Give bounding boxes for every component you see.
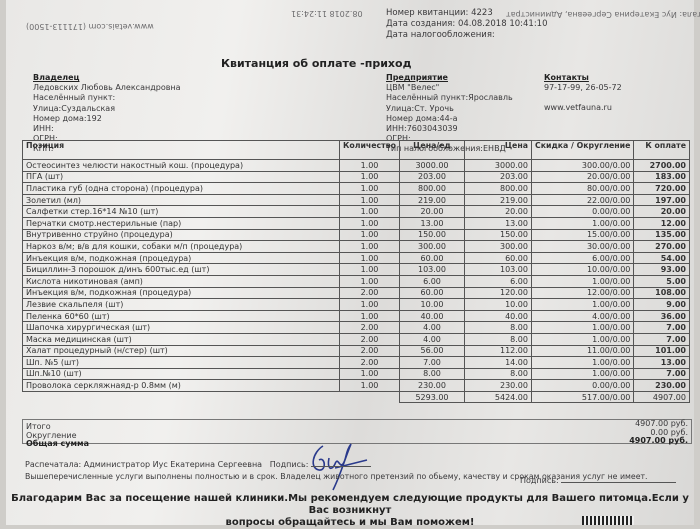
- item-name: Золетил (мл): [23, 194, 340, 206]
- item-to-pay: 230.00: [634, 380, 690, 392]
- table-row: Внутривенно струйно (процедура)1.00150.0…: [23, 229, 690, 241]
- item-price: 230.00: [464, 380, 531, 392]
- item-quantity: 1.00: [340, 206, 400, 218]
- item-name: Пластика губ (одна сторона) (процедура): [23, 183, 340, 195]
- table-row: Кислота никотиновая (амп)1.006.006.001.0…: [23, 275, 690, 287]
- owner-line: Населённый пункт:: [33, 93, 181, 103]
- item-to-pay: 7.00: [634, 333, 690, 345]
- item-discount: 11.00/0.00: [531, 345, 633, 357]
- owner-line: Улица:Суздальская: [33, 104, 181, 114]
- item-quantity: 1.00: [340, 194, 400, 206]
- item-discount: 1.00/0.00: [531, 217, 633, 229]
- item-unit-price: 13.00: [399, 217, 464, 229]
- item-unit-price: 150.00: [399, 229, 464, 241]
- table-row: Лезвие скальпеля (шт)1.0010.0010.001.00/…: [23, 299, 690, 311]
- item-discount: 30.00/0.00: [531, 241, 633, 253]
- item-discount: 6.00/0.00: [531, 252, 633, 264]
- item-to-pay: 13.00: [634, 357, 690, 369]
- item-price: 14.00: [464, 357, 531, 369]
- table-row: Инъекция в/м, подкожная (процедура)1.006…: [23, 252, 690, 264]
- table-row: Проволока серкляжнаяд-р 0.8мм (м)1.00230…: [23, 380, 690, 392]
- grand-total-label: Общая сумма: [26, 440, 89, 449]
- item-quantity: 1.00: [340, 299, 400, 311]
- col-quantity: Количество: [340, 141, 400, 160]
- item-discount: 300.00/0.00: [531, 160, 633, 172]
- item-price: 203.00: [464, 171, 531, 183]
- item-quantity: 2.00: [340, 333, 400, 345]
- item-discount: 1.00/0.00: [531, 322, 633, 334]
- item-price: 13.00: [464, 217, 531, 229]
- item-price: 219.00: [464, 194, 531, 206]
- item-to-pay: 93.00: [634, 264, 690, 276]
- item-discount: 1.00/0.00: [531, 299, 633, 311]
- table-row: Инъекция в/м, подкожная (процедура)2.006…: [23, 287, 690, 299]
- item-name: Лезвие скальпеля (шт): [23, 299, 340, 311]
- item-unit-price: 800.00: [399, 183, 464, 195]
- table-row: Перчатки смотр.нестерильные (пар)1.0013.…: [23, 217, 690, 229]
- item-unit-price: 103.00: [399, 264, 464, 276]
- table-row: Шп. №5 (шт)2.007.0014.001.00/0.0013.00: [23, 357, 690, 369]
- item-quantity: 2.00: [340, 322, 400, 334]
- item-discount: 1.00/0.00: [531, 333, 633, 345]
- table-row: Золетил (мл)1.00219.00219.0022.00/0.0019…: [23, 194, 690, 206]
- item-unit-price: 203.00: [399, 171, 464, 183]
- owner-line: ИНН:: [33, 124, 181, 134]
- company-line: Улица:Ст. Урочь: [386, 104, 513, 114]
- item-price: 150.00: [464, 229, 531, 241]
- printed-by: Распечатала: Администратор Иус Екатерина…: [25, 460, 371, 469]
- item-quantity: 1.00: [340, 368, 400, 380]
- item-name: Инъекция в/м, подкожная (процедура): [23, 252, 340, 264]
- total-to-pay: 4907.00: [634, 391, 690, 403]
- item-name: Шп.№10 (шт): [23, 368, 340, 380]
- item-discount: 1.00/0.00: [531, 368, 633, 380]
- contact-website: www.vetfauna.ru: [544, 103, 622, 113]
- item-name: ПГА (шт): [23, 171, 340, 183]
- item-discount: 1.00/0.00: [531, 357, 633, 369]
- company-line: ЦВМ "Велес": [386, 83, 513, 93]
- owner-line: Номер дома:192: [33, 114, 181, 124]
- page-title: Квитанция об оплате -приход: [221, 57, 411, 70]
- table-row: Маска медицинская (шт)2.004.008.001.00/0…: [23, 333, 690, 345]
- item-price: 8.00: [464, 322, 531, 334]
- item-to-pay: 720.00: [634, 183, 690, 195]
- item-discount: 22.00/0.00: [531, 194, 633, 206]
- item-name: Наркоз в/м; в/в для кошки, собаки м/п (п…: [23, 241, 340, 253]
- company-line: Населённый пункт:Ярославль: [386, 93, 513, 103]
- barcode-icon: [582, 516, 634, 525]
- item-quantity: 1.00: [340, 229, 400, 241]
- company-line: ИНН:7603043039: [386, 124, 513, 134]
- tax-date: Дата налогообложения:: [386, 30, 548, 41]
- contact-phones: 97-17-99, 26-05-72: [544, 83, 622, 93]
- item-price: 300.00: [464, 241, 531, 253]
- contacts-block: Контакты 97-17-99, 26-05-72 www.vetfauna…: [544, 73, 622, 114]
- receipt-number: Номер квитанции: 4223: [386, 8, 548, 19]
- item-to-pay: 9.00: [634, 299, 690, 311]
- item-quantity: 1.00: [340, 264, 400, 276]
- item-to-pay: 101.00: [634, 345, 690, 357]
- total-unit-price: 5293.00: [399, 391, 464, 403]
- item-to-pay: 54.00: [634, 252, 690, 264]
- signature-line: [311, 466, 371, 467]
- item-discount: 4.00/0.00: [531, 310, 633, 322]
- thanks-line-1: Благодарим Вас за посещение нашей клиник…: [0, 493, 700, 517]
- item-name: Проволока серкляжнаяд-р 0.8мм (м): [23, 380, 340, 392]
- item-discount: 10.00/0.00: [531, 264, 633, 276]
- item-price: 120.00: [464, 287, 531, 299]
- item-to-pay: 108.00: [634, 287, 690, 299]
- item-price: 8.00: [464, 368, 531, 380]
- item-unit-price: 20.00: [399, 206, 464, 218]
- item-quantity: 2.00: [340, 345, 400, 357]
- item-to-pay: 197.00: [634, 194, 690, 206]
- company-line: Номер дома:44-а: [386, 114, 513, 124]
- table-row: Остеосинтез челюсти накостный кош. (проц…: [23, 160, 690, 172]
- table-row: Шп.№10 (шт)1.008.008.001.00/0.007.00: [23, 368, 690, 380]
- item-unit-price: 40.00: [399, 310, 464, 322]
- item-unit-price: 300.00: [399, 241, 464, 253]
- item-name: Маска медицинская (шт): [23, 333, 340, 345]
- item-price: 3000.00: [464, 160, 531, 172]
- item-quantity: 2.00: [340, 287, 400, 299]
- col-to-pay: К оплате: [634, 141, 690, 160]
- item-discount: 1.00/0.00: [531, 275, 633, 287]
- col-position: Позиция: [23, 141, 340, 160]
- item-quantity: 1.00: [340, 171, 400, 183]
- item-unit-price: 7.00: [399, 357, 464, 369]
- owner-signature-label: Подпись:: [520, 476, 559, 485]
- item-to-pay: 20.00: [634, 206, 690, 218]
- item-quantity: 1.00: [340, 160, 400, 172]
- item-quantity: 1.00: [340, 310, 400, 322]
- item-discount: 0.00/0.00: [531, 380, 633, 392]
- printed-by-text: Распечатала: Администратор Иус Екатерина…: [25, 460, 262, 469]
- item-name: Остеосинтез челюсти накостный кош. (проц…: [23, 160, 340, 172]
- item-unit-price: 8.00: [399, 368, 464, 380]
- item-name: Пеленка 60*60 (шт): [23, 310, 340, 322]
- item-unit-price: 4.00: [399, 322, 464, 334]
- bleed-through-timestamp: 08.2018 11:24:31: [291, 9, 363, 18]
- item-price: 40.00: [464, 310, 531, 322]
- col-unit-price: Цена/ед: [399, 141, 464, 160]
- item-discount: 12.00/0.00: [531, 287, 633, 299]
- totals-row: 5293.005424.00517.00/0.004907.00: [23, 391, 690, 403]
- item-quantity: 1.00: [340, 252, 400, 264]
- item-price: 20.00: [464, 206, 531, 218]
- owner-heading: Владелец: [33, 73, 181, 83]
- item-to-pay: 36.00: [634, 310, 690, 322]
- item-price: 6.00: [464, 275, 531, 287]
- item-discount: 80.00/0.00: [531, 183, 633, 195]
- totals-blank: [23, 391, 340, 403]
- item-name: Внутривенно струйно (процедура): [23, 229, 340, 241]
- item-name: Салфетки стер.16*14 №10 (шт): [23, 206, 340, 218]
- owner-signature: Подпись:: [520, 476, 676, 485]
- item-to-pay: 5.00: [634, 275, 690, 287]
- item-unit-price: 219.00: [399, 194, 464, 206]
- item-unit-price: 10.00: [399, 299, 464, 311]
- item-quantity: 2.00: [340, 357, 400, 369]
- item-name: Шп. №5 (шт): [23, 357, 340, 369]
- item-to-pay: 270.00: [634, 241, 690, 253]
- table-row: Пластика губ (одна сторона) (процедура)1…: [23, 183, 690, 195]
- creation-date: Дата создания: 04.08.2018 10:41:10: [386, 19, 548, 30]
- item-to-pay: 2700.00: [634, 160, 690, 172]
- item-quantity: 1.00: [340, 183, 400, 195]
- grand-total-value: 4907.00 руб.: [629, 437, 688, 446]
- items-table: Позиция Количество Цена/ед Цена Скидка /…: [22, 140, 690, 403]
- col-discount: Скидка / Округление: [531, 141, 633, 160]
- table-row: ПГА (шт)1.00203.00203.0020.00/0.00183.00: [23, 171, 690, 183]
- item-unit-price: 60.00: [399, 252, 464, 264]
- total-price: 5424.00: [464, 391, 531, 403]
- owner-line: Ледовских Любовь Александровна: [33, 83, 181, 93]
- item-to-pay: 7.00: [634, 368, 690, 380]
- item-quantity: 1.00: [340, 275, 400, 287]
- item-name: Бициллин-3 порошок д/инъ 600тыс.ед (шт): [23, 264, 340, 276]
- table-row: Салфетки стер.16*14 №10 (шт)1.0020.0020.…: [23, 206, 690, 218]
- item-unit-price: 3000.00: [399, 160, 464, 172]
- receipt-meta: Номер квитанции: 4223 Дата создания: 04.…: [386, 8, 548, 41]
- total-discount: 517.00/0.00: [531, 391, 633, 403]
- item-price: 10.00: [464, 299, 531, 311]
- item-to-pay: 12.00: [634, 217, 690, 229]
- table-row: Пеленка 60*60 (шт)1.0040.0040.004.00/0.0…: [23, 310, 690, 322]
- table-row: Халат процедурный (н/стер) (шт)2.0056.00…: [23, 345, 690, 357]
- item-name: Кислота никотиновая (амп): [23, 275, 340, 287]
- item-unit-price: 60.00: [399, 287, 464, 299]
- contacts-heading: Контакты: [544, 73, 622, 83]
- item-unit-price: 4.00: [399, 333, 464, 345]
- item-discount: 15.00/0.00: [531, 229, 633, 241]
- item-name: Перчатки смотр.нестерильные (пар): [23, 217, 340, 229]
- item-unit-price: 56.00: [399, 345, 464, 357]
- item-name: Шапочка хирургическая (шт): [23, 322, 340, 334]
- item-discount: 20.00/0.00: [531, 171, 633, 183]
- bleed-through-site: www.vetais.com (171113-1500): [26, 22, 154, 31]
- table-header-row: Позиция Количество Цена/ед Цена Скидка /…: [23, 141, 690, 160]
- owner-signature-line: [561, 482, 676, 483]
- item-to-pay: 7.00: [634, 322, 690, 334]
- item-price: 103.00: [464, 264, 531, 276]
- item-discount: 0.00/0.00: [531, 206, 633, 218]
- item-quantity: 1.00: [340, 217, 400, 229]
- item-unit-price: 6.00: [399, 275, 464, 287]
- item-name: Инъекция в/м, подкожная (процедура): [23, 287, 340, 299]
- item-price: 800.00: [464, 183, 531, 195]
- item-quantity: 1.00: [340, 241, 400, 253]
- item-price: 112.00: [464, 345, 531, 357]
- item-to-pay: 183.00: [634, 171, 690, 183]
- table-row: Наркоз в/м; в/в для кошки, собаки м/п (п…: [23, 241, 690, 253]
- item-name: Халат процедурный (н/стер) (шт): [23, 345, 340, 357]
- item-quantity: 1.00: [340, 380, 400, 392]
- item-unit-price: 230.00: [399, 380, 464, 392]
- table-row: Шапочка хирургическая (шт)2.004.008.001.…: [23, 322, 690, 334]
- col-price: Цена: [464, 141, 531, 160]
- signature-label: Подпись:: [270, 460, 309, 469]
- item-price: 8.00: [464, 333, 531, 345]
- table-row: Бициллин-3 порошок д/инъ 600тыс.ед (шт)1…: [23, 264, 690, 276]
- item-price: 60.00: [464, 252, 531, 264]
- item-to-pay: 135.00: [634, 229, 690, 241]
- company-heading: Предприятие: [386, 73, 513, 83]
- totals-blank: [340, 391, 400, 403]
